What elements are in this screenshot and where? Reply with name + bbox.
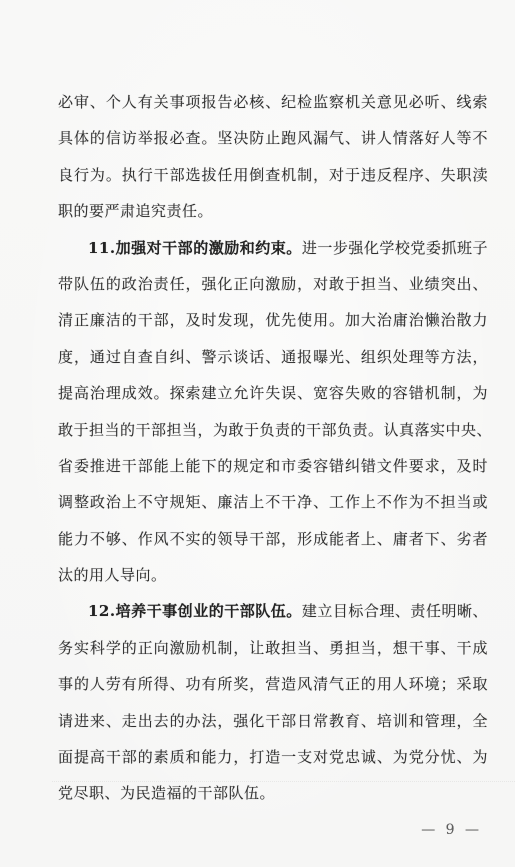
- body-text: 事的人劳有所得、功有所奖，营造风清气正的用人环境；采取: [58, 675, 488, 693]
- body-text: 调整政治上不守规矩、廉洁上不干净、工作上不作为不担当或: [58, 493, 488, 511]
- text-line: 敢于担当的干部担当，为敢于负责的干部负责。认真落实中央、: [58, 412, 488, 448]
- text-line: 面提高干部的素质和能力，打造一支对党忠诚、为党分忧、为: [58, 739, 488, 775]
- body-text: 进一步强化学校党委抓班子: [302, 239, 488, 257]
- body-text: 度，通过自查自纠、警示谈话、通报曝光、组织处理等方法，: [58, 348, 488, 366]
- text-line: 良行为。执行干部选拔任用倒查机制，对于违反程序、失职渎: [58, 157, 488, 193]
- body-text: 具体的信访举报必查。坚决防止跑风漏气、讲人情落好人等不: [58, 129, 488, 147]
- text-line: 能力不够、作风不实的领导干部，形成能者上、庸者下、劣者: [58, 521, 488, 557]
- text-line: 12.培养干事创业的干部队伍。建立目标合理、责任明晰、: [58, 593, 488, 629]
- body-text: 请进来、走出去的办法，强化干部日常教育、培训和管理，全: [58, 712, 488, 730]
- body-text: 清正廉洁的干部，及时发现，优先使用。加大治庸治懒治散力: [58, 311, 488, 329]
- body-text: 必审、个人有关事项报告必核、纪检监察机关意见必听、线索: [58, 93, 488, 111]
- body-text: 良行为。执行干部选拔任用倒查机制，对于违反程序、失职渎: [58, 166, 488, 184]
- body-text: 务实科学的正向激励机制，让敢担当、勇担当，想干事、干成: [58, 639, 488, 657]
- page-content: 必审、个人有关事项报告必核、纪检监察机关意见必听、线索 具体的信访举报必查。坚决…: [58, 84, 488, 812]
- body-text: 提高治理成效。探索建立允许失误、宽容失败的容错机制，为: [58, 384, 488, 402]
- body-text: 面提高干部的素质和能力，打造一支对党忠诚、为党分忧、为: [58, 748, 488, 766]
- body-text: 省委推进干部能上能下的规定和市委容错纠错文件要求，及时: [58, 457, 488, 475]
- document-page: 必审、个人有关事项报告必核、纪检监察机关意见必听、线索 具体的信访举报必查。坚决…: [0, 0, 515, 867]
- paragraph-12-heading: 12.培养干事创业的干部队伍。: [88, 602, 302, 620]
- body-text: 能力不够、作风不实的领导干部，形成能者上、庸者下、劣者: [58, 530, 488, 548]
- text-line: 提高治理成效。探索建立允许失误、宽容失败的容错机制，为: [58, 375, 488, 411]
- text-line: 度，通过自查自纠、警示谈话、通报曝光、组织处理等方法，: [58, 339, 488, 375]
- body-text: 职的要严肃追究责任。: [58, 202, 213, 220]
- text-line: 职的要严肃追究责任。: [58, 193, 488, 229]
- body-text: 带队伍的政治责任，强化正向激励，对敢于担当、业绩突出、: [58, 275, 488, 293]
- page-number: — 9 —: [421, 822, 482, 838]
- text-line: 请进来、走出去的办法，强化干部日常教育、培训和管理，全: [58, 703, 488, 739]
- text-line: 汰的用人导向。: [58, 557, 488, 593]
- body-text: 汰的用人导向。: [58, 566, 167, 584]
- text-line: 事的人劳有所得、功有所奖，营造风清气正的用人环境；采取: [58, 666, 488, 702]
- body-text: 党尽职、为民造福的干部队伍。: [58, 784, 275, 802]
- text-line: 清正廉洁的干部，及时发现，优先使用。加大治庸治懒治散力: [58, 302, 488, 338]
- text-line: 11.加强对干部的激励和约束。进一步强化学校党委抓班子: [58, 230, 488, 266]
- paragraph-11-heading: 11.加强对干部的激励和约束。: [88, 239, 302, 257]
- scan-artifact-line: [52, 781, 515, 783]
- text-line: 带队伍的政治责任，强化正向激励，对敢于担当、业绩突出、: [58, 266, 488, 302]
- text-line: 必审、个人有关事项报告必核、纪检监察机关意见必听、线索: [58, 84, 488, 120]
- text-line: 务实科学的正向激励机制，让敢担当、勇担当，想干事、干成: [58, 630, 488, 666]
- body-text: 建立目标合理、责任明晰、: [302, 602, 488, 620]
- text-line: 调整政治上不守规矩、廉洁上不干净、工作上不作为不担当或: [58, 484, 488, 520]
- text-line: 具体的信访举报必查。坚决防止跑风漏气、讲人情落好人等不: [58, 120, 488, 156]
- text-line: 省委推进干部能上能下的规定和市委容错纠错文件要求，及时: [58, 448, 488, 484]
- body-text: 敢于担当的干部担当，为敢于负责的干部负责。认真落实中央、: [58, 421, 492, 439]
